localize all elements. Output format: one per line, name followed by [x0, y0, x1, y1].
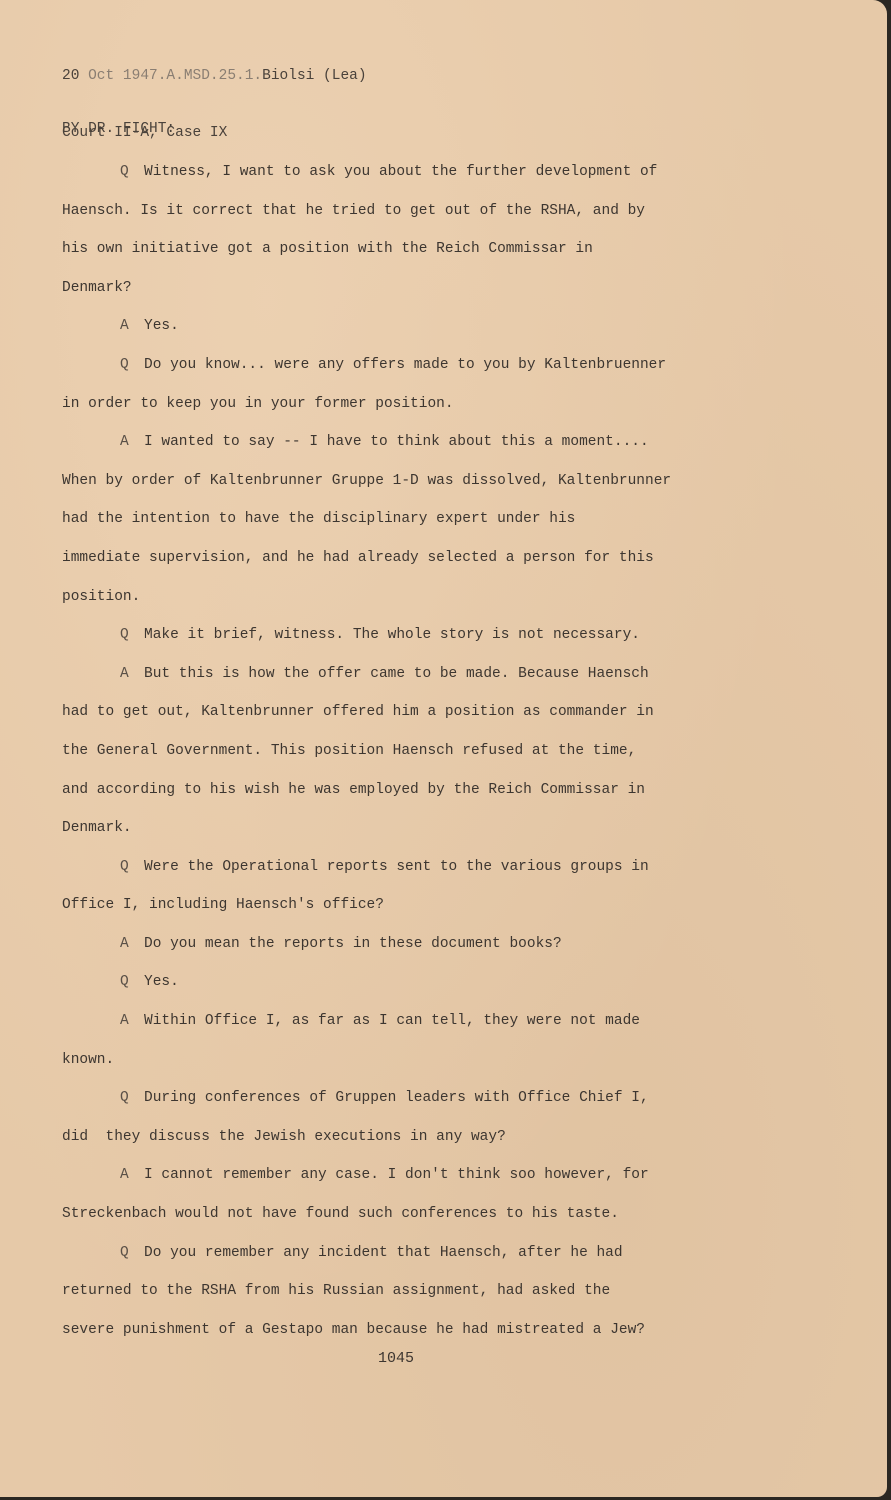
continuation-line: Denmark?	[62, 274, 752, 313]
question-marker: Q	[120, 1084, 144, 1112]
line-text: Yes.	[144, 318, 179, 334]
transcript-page: 20 Oct 1947.A.MSD.25.1.Biolsi (Lea) Cour…	[0, 0, 887, 1497]
line-text: immediate supervision, and he had alread…	[62, 550, 654, 566]
line-text: I cannot remember any case. I don't thin…	[144, 1167, 649, 1183]
question-line: QYes.	[62, 968, 752, 1007]
line-text: had to get out, Kaltenbrunner offered hi…	[62, 704, 654, 720]
line-text: Yes.	[144, 974, 179, 990]
continuation-line: severe punishment of a Gestapo man becau…	[62, 1316, 752, 1355]
question-marker: Q	[120, 1239, 144, 1267]
continuation-line: had the intention to have the disciplina…	[62, 505, 752, 544]
question-marker: Q	[120, 351, 144, 379]
line-text: did they discuss the Jewish executions i…	[62, 1129, 506, 1145]
line-text: Within Office I, as far as I can tell, t…	[144, 1013, 640, 1029]
line-text: in order to keep you in your former posi…	[62, 396, 454, 412]
answer-line: ABut this is how the offer came to be ma…	[62, 660, 752, 699]
line-text: his own initiative got a position with t…	[62, 241, 593, 257]
line-text: Denmark.	[62, 820, 132, 836]
answer-line: AWithin Office I, as far as I can tell, …	[62, 1007, 752, 1046]
continuation-line: known.	[62, 1046, 752, 1085]
continuation-line: When by order of Kaltenbrunner Gruppe 1-…	[62, 467, 752, 506]
line-text: and according to his wish he was employe…	[62, 782, 645, 798]
answer-marker: A	[120, 428, 144, 456]
line-text: When by order of Kaltenbrunner Gruppe 1-…	[62, 473, 671, 489]
answer-line: AYes.	[62, 312, 752, 351]
answer-line: AI cannot remember any case. I don't thi…	[62, 1161, 752, 1200]
line-text: returned to the RSHA from his Russian as…	[62, 1283, 610, 1299]
line-text: known.	[62, 1052, 114, 1068]
line-text: Do you remember any incident that Haensc…	[144, 1245, 623, 1261]
testimony-body: QWitness, I want to ask you about the fu…	[62, 158, 752, 1354]
continuation-line: in order to keep you in your former posi…	[62, 390, 752, 429]
answer-marker: A	[120, 1161, 144, 1189]
continuation-line: had to get out, Kaltenbrunner offered hi…	[62, 698, 752, 737]
header-reference-code: Oct 1947.A.MSD.25.1.	[88, 68, 262, 84]
question-line: QWere the Operational reports sent to th…	[62, 853, 752, 892]
question-marker: Q	[120, 621, 144, 649]
continuation-line: position.	[62, 583, 752, 622]
question-marker: Q	[120, 968, 144, 996]
line-text: Witness, I want to ask you about the fur…	[144, 164, 657, 180]
continuation-line: Denmark.	[62, 814, 752, 853]
question-line: QDuring conferences of Gruppen leaders w…	[62, 1084, 752, 1123]
question-marker: Q	[120, 853, 144, 881]
continuation-line: Streckenbach would not have found such c…	[62, 1200, 752, 1239]
line-text: position.	[62, 589, 140, 605]
answer-line: AI wanted to say -- I have to think abou…	[62, 428, 752, 467]
line-text: Do you know... were any offers made to y…	[144, 357, 666, 373]
line-text: Office I, including Haensch's office?	[62, 897, 384, 913]
answer-marker: A	[120, 660, 144, 688]
line-text: Denmark?	[62, 280, 132, 296]
question-line: QWitness, I want to ask you about the fu…	[62, 158, 752, 197]
examiner-heading: BY DR. FICHT:	[62, 121, 175, 137]
line-text: Haensch. Is it correct that he tried to …	[62, 203, 645, 219]
continuation-line: and according to his wish he was employe…	[62, 776, 752, 815]
continuation-line: returned to the RSHA from his Russian as…	[62, 1277, 752, 1316]
line-text: Do you mean the reports in these documen…	[144, 936, 562, 952]
line-text: I wanted to say -- I have to think about…	[144, 434, 649, 450]
line-text: severe punishment of a Gestapo man becau…	[62, 1322, 645, 1338]
line-text: the General Government. This position Ha…	[62, 743, 636, 759]
header-date-day: 20	[62, 68, 88, 84]
continuation-line: his own initiative got a position with t…	[62, 235, 752, 274]
line-text: Were the Operational reports sent to the…	[144, 859, 649, 875]
question-line: QDo you know... were any offers made to …	[62, 351, 752, 390]
line-text: Streckenbach would not have found such c…	[62, 1206, 619, 1222]
continuation-line: Office I, including Haensch's office?	[62, 891, 752, 930]
header-reporter: Biolsi (Lea)	[262, 68, 366, 84]
continuation-line: did they discuss the Jewish executions i…	[62, 1123, 752, 1162]
header-reference-line: 20 Oct 1947.A.MSD.25.1.Biolsi (Lea)	[62, 67, 367, 86]
line-text: Make it brief, witness. The whole story …	[144, 627, 640, 643]
question-line: QDo you remember any incident that Haens…	[62, 1239, 752, 1278]
continuation-line: Haensch. Is it correct that he tried to …	[62, 197, 752, 236]
question-marker: Q	[120, 158, 144, 186]
line-text: During conferences of Gruppen leaders wi…	[144, 1090, 649, 1106]
continuation-line: immediate supervision, and he had alread…	[62, 544, 752, 583]
answer-marker: A	[120, 1007, 144, 1035]
answer-line: ADo you mean the reports in these docume…	[62, 930, 752, 969]
answer-marker: A	[120, 930, 144, 958]
line-text: had the intention to have the disciplina…	[62, 511, 575, 527]
page-number: 1045	[378, 1350, 414, 1367]
question-line: QMake it brief, witness. The whole story…	[62, 621, 752, 660]
answer-marker: A	[120, 312, 144, 340]
continuation-line: the General Government. This position Ha…	[62, 737, 752, 776]
line-text: But this is how the offer came to be mad…	[144, 666, 649, 682]
